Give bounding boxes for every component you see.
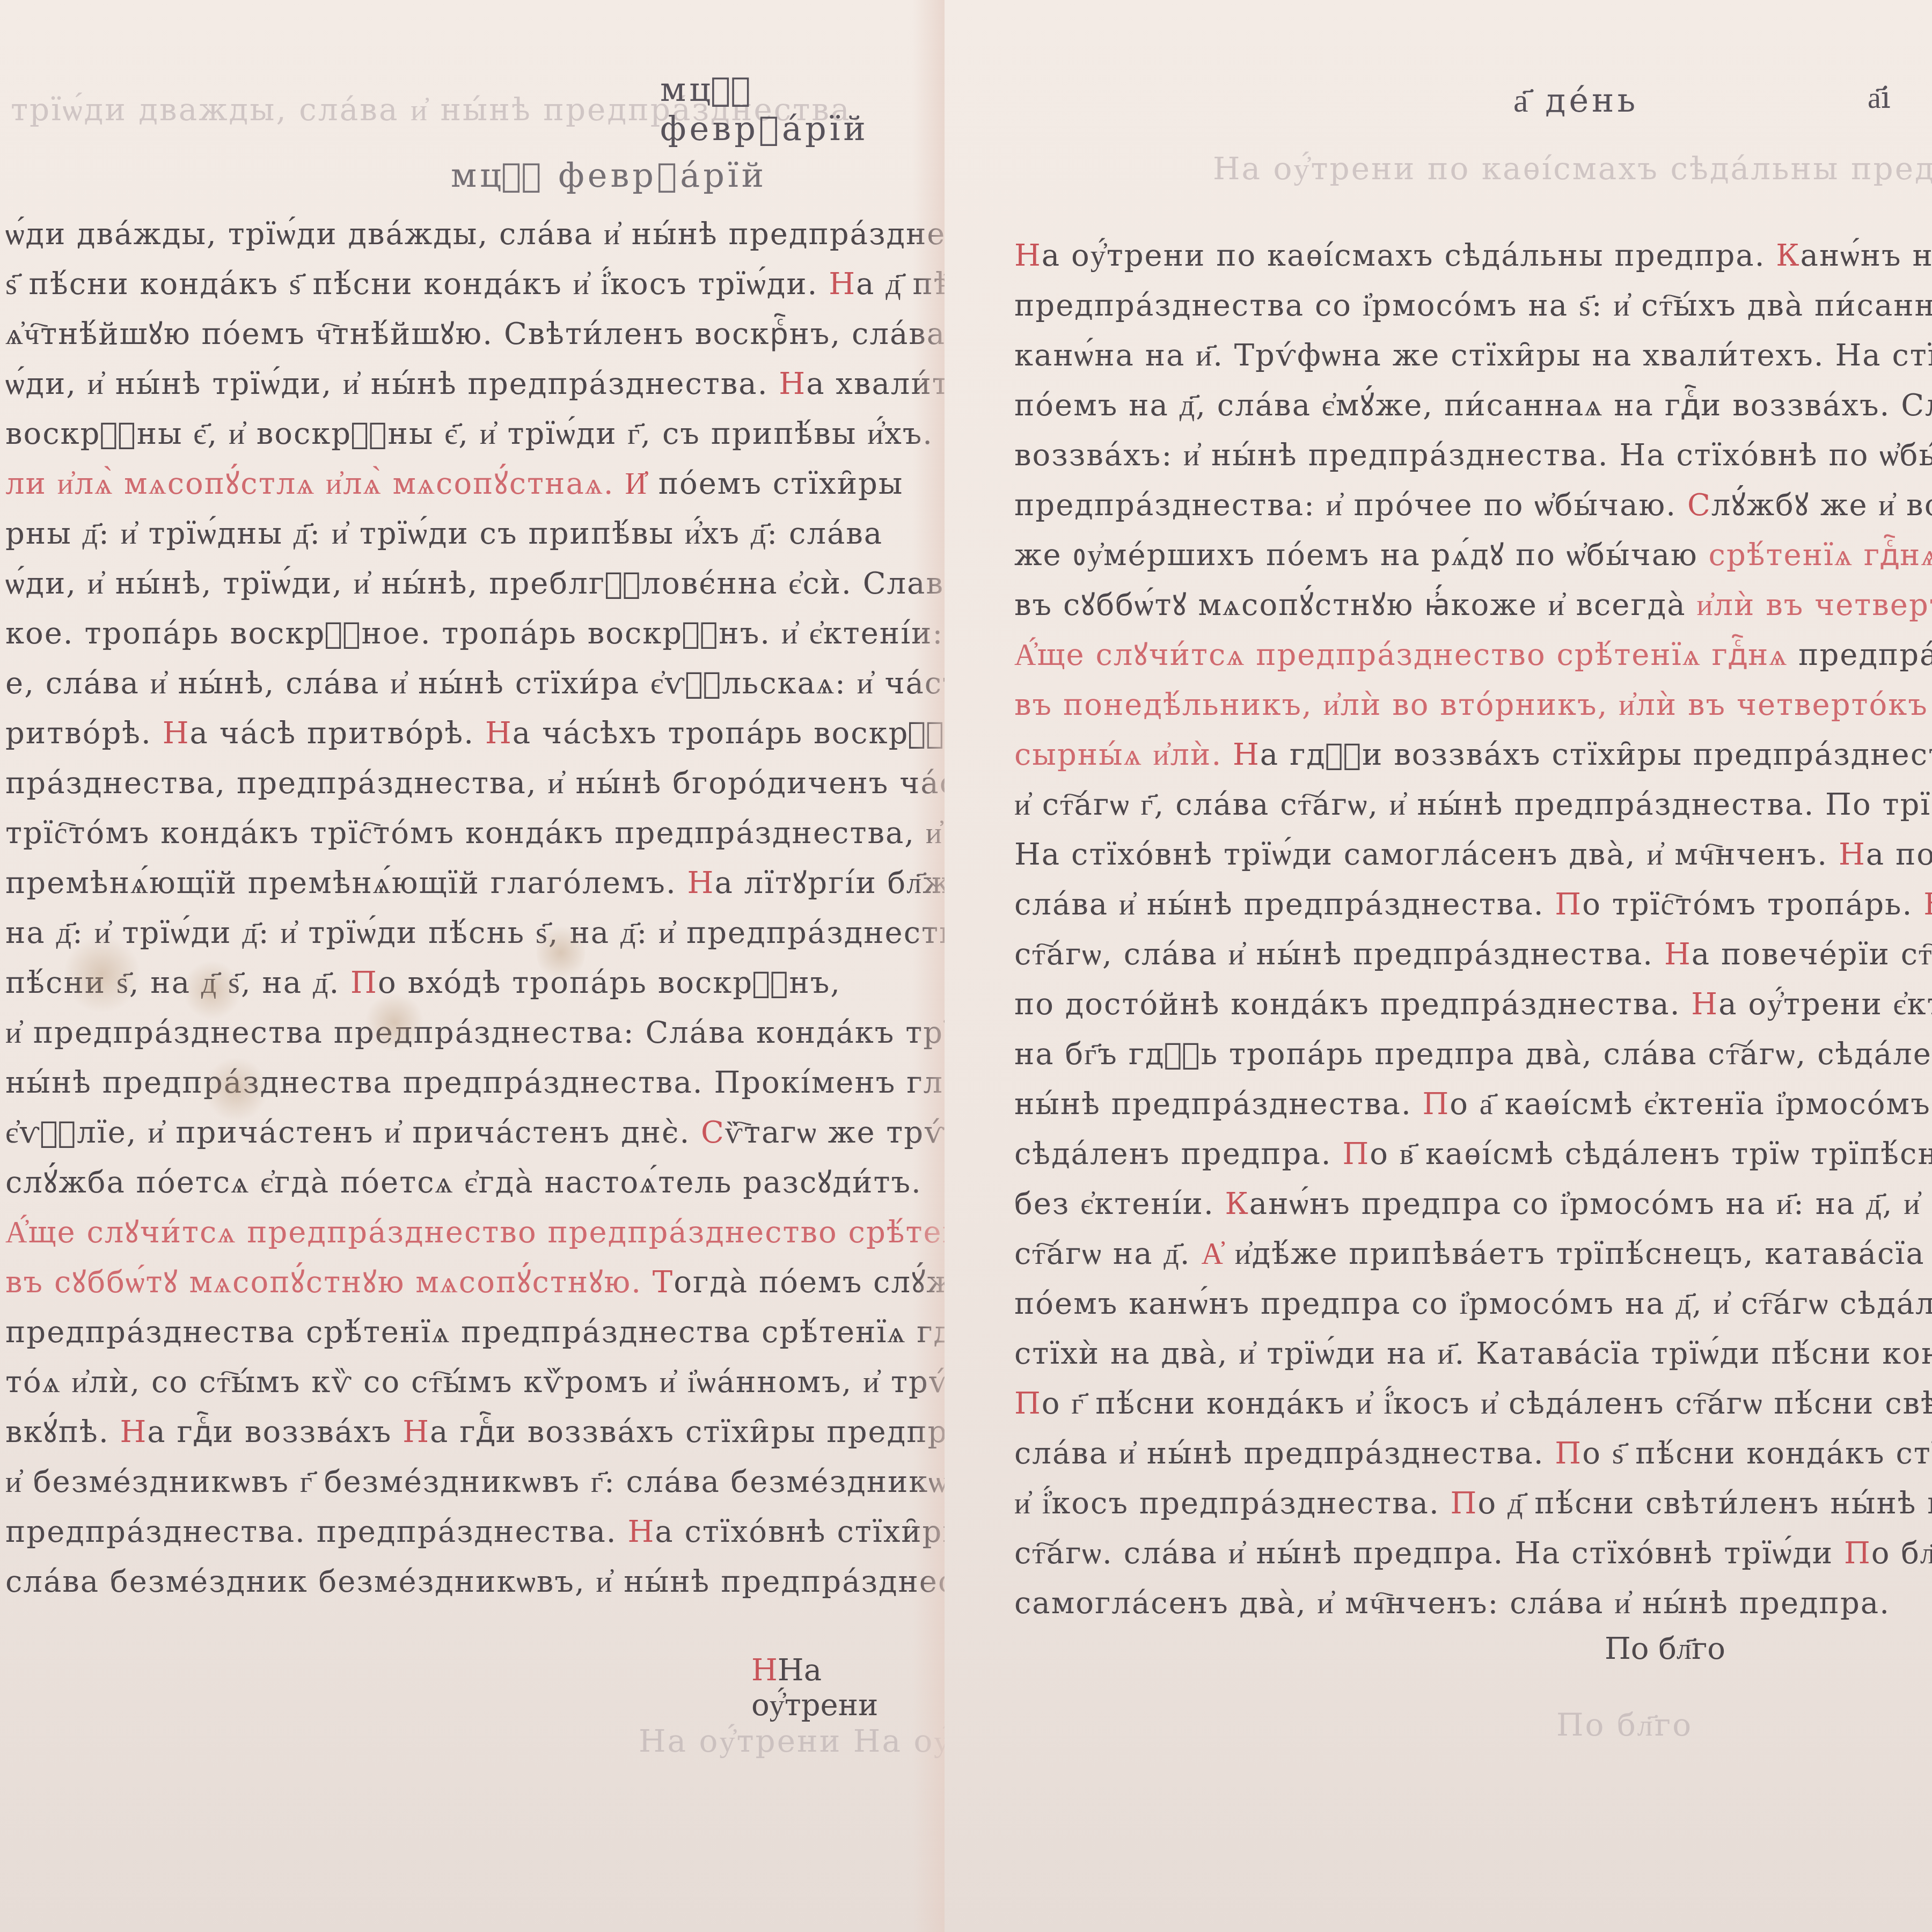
text-segment: и҆ ст҇а́гѡ г҃, сла́ва ст҇а́гѡ, и҆ ны́нѣ … xyxy=(1014,787,1932,822)
text-line: и҆ ст҇а́гѡ г҃, сла́ва ст҇а́гѡ, и҆ ны́нѣ … xyxy=(1014,780,1932,830)
rubric-initial: И҆ xyxy=(625,466,647,501)
paper-stain xyxy=(537,923,585,982)
text-segment: без є҆ктені́и. xyxy=(1014,1187,1225,1221)
text-line: На оу҆́трени по каѳі́смахъ сѣда́льны пре… xyxy=(1014,231,1932,281)
text-segment: о а҃ каѳі́смѣ є҆ктенїа і҆рмосо́мъ на и҃:… xyxy=(1450,1087,1932,1122)
text-line: без є҆ктені́и. Канѡ́нъ предпра со і҆рмос… xyxy=(1014,1179,1932,1229)
text-segment: воззва́хъ: и҆ ны́нѣ предпра́зднества. На… xyxy=(1014,438,1932,473)
text-segment: сла́ва и҆ ны́нѣ предпра́зднества. xyxy=(1014,887,1555,922)
rubric-initial: П xyxy=(1342,1137,1370,1172)
rubric-initial: Н xyxy=(687,866,715,901)
text-line: ны́нѣ предпра́зднества. По а҃ каѳі́смѣ є… xyxy=(1014,1079,1932,1129)
text-line: канѡ́на на и҃. Трѵ́фѡна же стїхи̑ры на х… xyxy=(1014,331,1932,380)
rubric-initial: Н xyxy=(485,716,513,751)
text-segment: же ᲂу҆ме́ршихъ по́емъ на рѧ́дꙋ по ѡ҆бы́ч… xyxy=(1014,538,1709,573)
text-segment: о д҃ пѣ́сни свѣти́ленъ ны́нѣ предпра. xyxy=(1477,1486,1932,1521)
text-line: сла́ва и҆ ны́нѣ предпра́зднества. По ѕ҃ … xyxy=(1014,1429,1932,1479)
text-segment: сла́ва и҆ ны́нѣ предпра́зднества. xyxy=(1014,1436,1555,1471)
rubric-initial: С xyxy=(701,1115,725,1150)
page-number: а҃і xyxy=(1868,80,1891,115)
rubric-initial: Н xyxy=(1664,937,1692,972)
catchword-initial: Н xyxy=(751,1653,778,1688)
text-line: ст҇а́гѡ. сла́ва и҆ ны́нѣ предпра. На стї… xyxy=(1014,1528,1932,1578)
text-segment: премѣнѧ́ющїй премѣнѧ́ющїй глаго́лемъ. xyxy=(5,866,687,901)
text-segment: ѡ́ди, и҆ ны́нѣ, трїѡ́ди, и҆ ны́нѣ, пребл… xyxy=(5,566,1068,601)
text-line: стїхѝ на два̀, и҆ трїѡ́ди на и҃. Катава́… xyxy=(1014,1329,1932,1379)
text-segment: а гдⷭ҇и воззва́хъ xyxy=(147,1415,402,1450)
text-segment: є҆ѵⷢ҇лїе, и҆ прича́стенъ и҆ прича́стенъ … xyxy=(5,1115,701,1150)
text-segment: по́емъ канѡ́нъ предпра со і҆рмосо́мъ на … xyxy=(1014,1286,1932,1321)
text-segment: ст҇а́гѡ на д҃. xyxy=(1014,1236,1201,1271)
text-line: самогла́сенъ два̀, и҆ мч҇нченъ: сла́ва и… xyxy=(1014,1578,1932,1628)
text-line: на бг҃ъ гдⷭ҇ь тропа́рь предпра два̀, сла… xyxy=(1014,1029,1932,1079)
rubric-initial: П xyxy=(1555,1436,1582,1471)
rubric-initial: Н xyxy=(163,716,190,751)
rubric-initial: Н xyxy=(1828,837,1866,872)
text-segment: ст҇а́гѡ, сла́ва и҆ ны́нѣ предпра́зднеств… xyxy=(1014,937,1664,972)
rubric-initial: Н xyxy=(1014,238,1042,273)
text-segment: ѕ҃ пѣ́сни конда́къ ѕ҃ пѣ́сни конда́къ и҆… xyxy=(5,267,829,302)
paper-stain xyxy=(182,961,241,1020)
text-segment: самогла́сенъ два̀, и҆ мч҇нченъ: сла́ва и… xyxy=(1014,1586,1890,1621)
text-segment: ритво́рѣ. xyxy=(5,716,163,751)
text-segment: е, сла́ва и҆ ны́нѣ, сла́ва и҆ ны́нѣ стїх… xyxy=(5,666,998,701)
text-segment: стїхѝ на два̀, и҆ трїѡ́ди на и҃. Катава́… xyxy=(1014,1336,1932,1371)
paper-stain xyxy=(204,1057,268,1122)
rubric-initial: Т xyxy=(653,1265,674,1300)
running-head: а҃ де́нь xyxy=(1513,80,1638,120)
rubric-initial: Н xyxy=(627,1514,655,1549)
ghost-text: На оу҆́трени по каѳі́смахъ сѣда́льны пре… xyxy=(1213,150,1932,187)
text-segment: а оу҆́трени є҆ктенї́а, и҆ xyxy=(1718,987,1932,1022)
text-segment: пра́зднества, предпра́зднества, и҆ ны́нѣ… xyxy=(5,766,1026,801)
ghost-catchword: По бл҃го xyxy=(1556,1707,1693,1743)
text-segment: ѡ́ди два́жды, трїѡ́ди два́жды, сла́ва и҆… xyxy=(5,217,1029,252)
rubric-initial: Н xyxy=(1923,887,1932,922)
text-segment: слꙋ́жба по́етсѧ є҆гда̀ по́етсѧ є҆гда̀ на… xyxy=(5,1165,922,1200)
text-line: А҆́ще слꙋчи́тсѧ предпра́зднество срѣ́тен… xyxy=(1014,630,1932,680)
rubric-initial: Н xyxy=(120,1415,148,1450)
rubric-text: А҆́ще слꙋчи́тсѧ предпра́зднество срѣ́тен… xyxy=(1014,638,1788,672)
text-segment: предпра́зднества. предпра́зднества. xyxy=(5,1514,627,1549)
text-line: сѣда́ленъ предпра. По в҃ каѳі́смѣ сѣда́л… xyxy=(1014,1129,1932,1179)
text-segment: въ сꙋббѡ́тꙋ мѧсопꙋ́стнꙋю ꙗ҆́коже и҆ всег… xyxy=(1014,588,1697,623)
rubric-initial: К xyxy=(1776,238,1800,273)
rubric-initial: П xyxy=(1451,1486,1478,1521)
rubric-initial: Н xyxy=(402,1415,430,1450)
running-head-ghost: мцⷭ҇ феврꙋа́рїй xyxy=(451,156,767,195)
rubric-initial: П xyxy=(1014,1386,1042,1421)
text-segment: ѡ́ди, и҆ ны́нѣ трїѡ́ди, и҆ ны́нѣ предпра… xyxy=(5,367,779,401)
text-segment: о трїс҇то́мъ тропа́рь. xyxy=(1582,887,1923,922)
text-segment: на бг҃ъ гдⷭ҇ь тропа́рь предпра два̀, сла… xyxy=(1014,1037,1932,1072)
rubric-initial: С xyxy=(1687,488,1711,523)
text-line: по досто́йнѣ конда́къ предпра́зднества. … xyxy=(1014,979,1932,1029)
text-segment: и҆ предпра́зднества предпра́зднества: Сл… xyxy=(5,1015,1053,1050)
text-line: предпра́зднества со і҆рмосо́мъ на ѕ҃: и҆… xyxy=(1014,281,1932,331)
text-line: На стїхо́внѣ трїѡ́ди самогла́сенъ два̀, … xyxy=(1014,830,1932,880)
text-segment: рны д҃: и҆ трїѡ́дны д҃: и҆ трїѡ́ди съ пр… xyxy=(5,516,883,551)
rubric-initial: Н xyxy=(1233,737,1260,772)
text-segment: а гдⷭ҇и воззва́хъ стїхи̑ры предпра́зднес… xyxy=(1260,737,1932,772)
text-segment: о в҃ каѳі́смѣ сѣда́ленъ трїѡ трїпѣ́снецъ… xyxy=(1370,1137,1932,1172)
text-segment: лꙋ́жбꙋ же и҆ всегда̀. xyxy=(1711,488,1932,523)
text-segment: канѡ́на на и҃. Трѵ́фѡна же стїхи̑ры на х… xyxy=(1014,338,1932,373)
text-line: по́емъ канѡ́нъ предпра со і҆рмосо́мъ на … xyxy=(1014,1279,1932,1329)
text-line: ст҇а́гѡ, сла́ва и҆ ны́нѣ предпра́зднеств… xyxy=(1014,930,1932,979)
text-segment: сѣда́ленъ предпра. xyxy=(1014,1137,1342,1172)
text-segment: ст҇а́гѡ. сла́ва и҆ ны́нѣ предпра. На стї… xyxy=(1014,1536,1833,1571)
text-segment: о бл҃го xyxy=(1871,1536,1932,1571)
text-line: въ сꙋббѡ́тꙋ мѧсопꙋ́стнꙋю ꙗ҆́коже и҆ всег… xyxy=(1014,580,1932,630)
rubric-initial: К xyxy=(1225,1187,1249,1221)
text-line: воззва́хъ: и҆ ны́нѣ предпра́зднества. На… xyxy=(1014,430,1932,480)
text-line: предпра́зднества: и҆ про́чее по ѡ҆бы́чаю… xyxy=(1014,480,1932,530)
text-segment: на д҃: и҆ трїѡ́ди д҃: и҆ трїѡ́ди пѣ́снь … xyxy=(5,916,976,950)
rubric-initial: П xyxy=(350,965,378,1000)
text-line: и҆ і҆́косъ предпра́зднества. По д҃ пѣ́сн… xyxy=(1014,1479,1932,1528)
rubric-text: ли и҆лѧ̀ мѧсопꙋ́стлѧ и҆лѧ̀ мѧсопꙋ́стнаѧ. xyxy=(5,466,625,501)
rubric-initial: П xyxy=(1833,1536,1871,1571)
text-line: ст҇а́гѡ на д҃. А҆ и҆дѣ́же припѣва́етъ тр… xyxy=(1014,1229,1932,1279)
text-segment: а ча́сѣ притво́рѣ. xyxy=(189,716,485,751)
text-segment: и҆ і҆́косъ предпра́зднества. xyxy=(1014,1486,1451,1521)
text-segment: анѡ́нъ предпра со і҆рмосо́мъ на и҃: на д… xyxy=(1249,1187,1932,1221)
text-segment: а оу҆́трени по каѳі́смахъ сѣда́льны пред… xyxy=(1042,238,1776,273)
left-page: трїѡ́ди дважды, сла́ва и҆ ны́нѣ предпра́… xyxy=(0,0,946,1932)
text-segment: по досто́йнѣ конда́къ предпра́зднества. xyxy=(1014,987,1691,1022)
rubric-text: въ понедѣ́льникъ, и҆лѝ во вто́рникъ, и҆л… xyxy=(1014,687,1928,722)
text-segment: предпра́зднества со і҆рмосо́мъ на ѕ҃: и҆… xyxy=(1014,288,1932,323)
text-line: же ᲂу҆ме́ршихъ по́емъ на рѧ́дꙋ по ѡ҆бы́ч… xyxy=(1014,530,1932,580)
text-segment: воскрⷭ҇ны є҃, и҆ воскрⷭ҇ны є҃, и҆ трїѡ́д… xyxy=(5,416,933,451)
rubric-text: срѣ́тенїѧ гдⷭ҇нѧ xyxy=(1709,538,1932,573)
text-segment: предпра́зднества: и҆ про́чее по ѡ҆бы́чаю… xyxy=(1014,488,1687,523)
text-segment: а повече́рїи ст҇а́гѡ, и҆ xyxy=(1692,937,1932,972)
text-segment: о г҃ пѣ́сни конда́къ и҆ і҆́косъ и҆ сѣда́… xyxy=(1042,1386,1932,1421)
text-line: по́емъ на д҃, сла́ва є҆мꙋ́же, пи́саннаѧ … xyxy=(1014,380,1932,430)
rubric-initial: Н xyxy=(829,267,856,302)
text-segment: о вхо́дѣ тропа́рь воскрⷭ҇нъ, xyxy=(378,965,841,1000)
rubric-initial: П xyxy=(1423,1087,1450,1122)
text-segment: и҆дѣ́же припѣва́етъ трїпѣ́снецъ, катава́… xyxy=(1224,1236,1932,1271)
text-segment: а повече́рїи xyxy=(1866,837,1932,872)
running-head: мцⷭ҇ феврꙋа́рїй xyxy=(660,70,945,148)
text-segment: анѡ́нъ на хвали́техъ xyxy=(1801,238,1932,273)
right-text-block: На оу҆́трени по каѳі́смахъ сѣда́льны пре… xyxy=(1014,231,1932,1628)
text-line: По г҃ пѣ́сни конда́къ и҆ і҆́косъ и҆ сѣда… xyxy=(1014,1379,1932,1429)
rubric-initial: А҆ xyxy=(1201,1236,1224,1271)
text-segment: по́емъ стїхи̑ры xyxy=(648,466,904,501)
rubric-text: въ сꙋббѡ́тꙋ мѧсопꙋ́стнꙋю мѧсопꙋ́стнꙋю. xyxy=(5,1265,653,1300)
text-segment: пѣ́сни ѕ҃, на д҃ ѕ҃, на д҃. xyxy=(5,965,350,1000)
text-line: сырны́ѧ и҆лѝ. На гдⷭ҇и воззва́хъ стїхи̑р… xyxy=(1014,730,1932,780)
text-line: въ понедѣ́льникъ, и҆лѝ во вто́рникъ, и҆л… xyxy=(1014,680,1932,730)
text-segment: предпра́зднества г҃, xyxy=(1788,638,1932,672)
book-spread: трїѡ́ди дважды, сла́ва и҆ ны́нѣ предпра́… xyxy=(0,0,1932,1932)
text-segment: предпра́зднества. xyxy=(1928,687,1932,722)
ghost-overlay-line: На оу҆́трени по каѳі́смахъ сѣда́льны пре… xyxy=(1213,150,1932,187)
rubric-text: и҆лѝ въ четверто́къ xyxy=(1697,588,1932,623)
catchword: По бл҃го xyxy=(1605,1631,1725,1666)
paper-stain xyxy=(64,934,140,1014)
text-segment: по́емъ на д҃, сла́ва є҆мꙋ́же, пи́саннаѧ … xyxy=(1014,388,1932,423)
text-segment: На стїхо́внѣ трїѡ́ди самогла́сенъ два̀, … xyxy=(1014,837,1828,872)
text-segment: сла́ва безме́здник безме́здникѡвъ, и҆ ны… xyxy=(5,1564,1021,1599)
rubric-initial: Н xyxy=(779,367,806,401)
rubric-text: сырны́ѧ и҆лѝ. xyxy=(1014,737,1233,772)
rubric-initial: П xyxy=(1555,887,1582,922)
rubric-initial: Н xyxy=(1691,987,1718,1022)
text-line: сла́ва и҆ ны́нѣ предпра́зднества. По трї… xyxy=(1014,880,1932,930)
text-segment: ѧ҆ч҇тнѣ́йшꙋю по́емъ ч҇тнѣ́йшꙋю. Свѣти́ле… xyxy=(5,317,946,352)
text-segment: ны́нѣ предпра́зднества. xyxy=(1014,1087,1423,1122)
text-segment: о ѕ҃ пѣ́сни конда́къ стїхо́внѣ трїѡ́ди xyxy=(1582,1436,1932,1471)
right-page: На оу҆́трени по каѳі́смахъ сѣда́льны пре… xyxy=(945,0,1932,1932)
paper-stain xyxy=(365,993,424,1052)
text-segment: вкꙋ́пѣ. xyxy=(5,1415,120,1450)
